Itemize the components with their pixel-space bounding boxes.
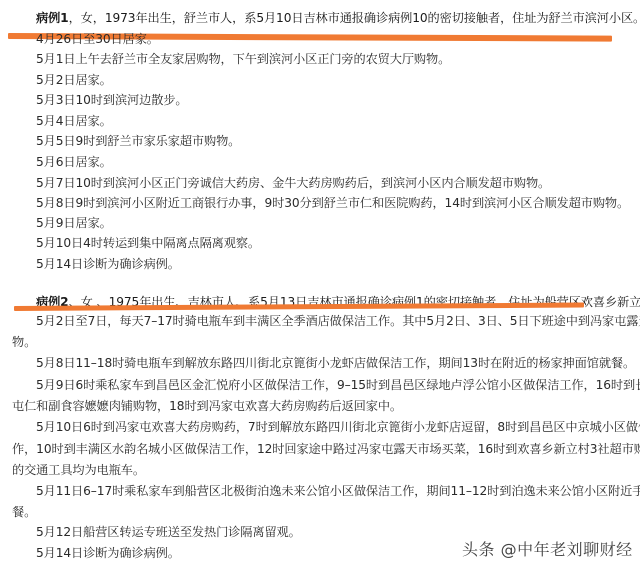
case1-heading: 病例1，女，1973年出生，舒兰市人，系5月10日吉林市通报确诊病例10的密切接… (36, 10, 640, 26)
case1-line: 5月3日10时到滨河边散步。 (36, 92, 188, 108)
case1-line: 5月9日居家。 (36, 215, 112, 231)
case1-line: 5月5日9时到舒兰市家乐家超市购物。 (36, 133, 240, 149)
case1-line: 5月14日诊断为确诊病例。 (36, 256, 180, 272)
case1-line: 5月6日居家。 (36, 154, 112, 170)
case2-paragraph-line: 5月8日11–18时骑电瓶车到解放东路四川街北京篦街小龙虾店做保洁工作，期间13… (36, 355, 635, 371)
case2-paragraph-line: 5月11日6–17时乘私家车到船营区北极街泊逸未来公馆小区做保洁工作，期间11–… (36, 483, 640, 499)
case1-line: 5月7日10时到滨河小区正门旁诚信大药房、金牛大药房购药后，到滨河小区内合顺发超… (36, 175, 550, 191)
case1-line: 4月26日至30日居家。 (36, 31, 159, 47)
case2-paragraph-continuation: 作，10时到丰满区水韵名城小区做保洁工作，12时回家途中路过冯家屯露天市场买菜，… (12, 441, 640, 457)
case2-paragraph-line: 5月10日6时到冯家屯欢喜大药房购药，7时到解放东路四川街北京篦街小龙虾店逗留，… (36, 419, 640, 435)
case2-paragraph-line: 5月2日至7日，每天7–17时骑电瓶车到丰满区全季酒店做保洁工作。其中5月2日、… (36, 313, 640, 329)
case1-heading-text: ，女，1973年出生，舒兰市人，系5月10日吉林市通报确诊病例10的密切接触者，… (69, 11, 640, 25)
case2-paragraph-continuation: 的交通工具均为电瓶车。 (12, 462, 145, 478)
source-watermark: 头条 @中年老刘聊财经 (462, 537, 633, 560)
case1-line: 5月2日居家。 (36, 72, 112, 88)
case2-paragraph-line: 5月12日船营区转运专班送至发热门诊隔离留观。 (36, 524, 301, 540)
case2-paragraph-line: 5月14日诊断为确诊病例。 (36, 545, 180, 561)
case1-line: 5月1日上午去舒兰市全友家居购物，下午到滨河小区正门旁的农贸大厅购物。 (36, 51, 450, 67)
case1-line: 5月10日4时转运到集中隔离点隔离观察。 (36, 235, 260, 251)
case2-paragraph-continuation: 屯仁和副食容嬷嬷肉铺购物，18时到冯家屯欢喜大药房购药后返回家中。 (12, 398, 402, 414)
case2-paragraph-continuation: 餐。 (12, 504, 36, 520)
case2-paragraph-line: 5月9日6时乘私家车到昌邑区金汇悦府小区做保洁工作，9–15时到昌邑区绿地卢浮公… (36, 377, 640, 393)
case1-line: 5月4日居家。 (36, 113, 112, 129)
case1-label: 病例1 (36, 11, 69, 25)
case2-paragraph-continuation: 物。 (12, 334, 36, 350)
case1-line: 5月8日9时到滨河小区附近工商银行办事，9时30分到舒兰市仁和医院购药，14时到… (36, 195, 629, 211)
